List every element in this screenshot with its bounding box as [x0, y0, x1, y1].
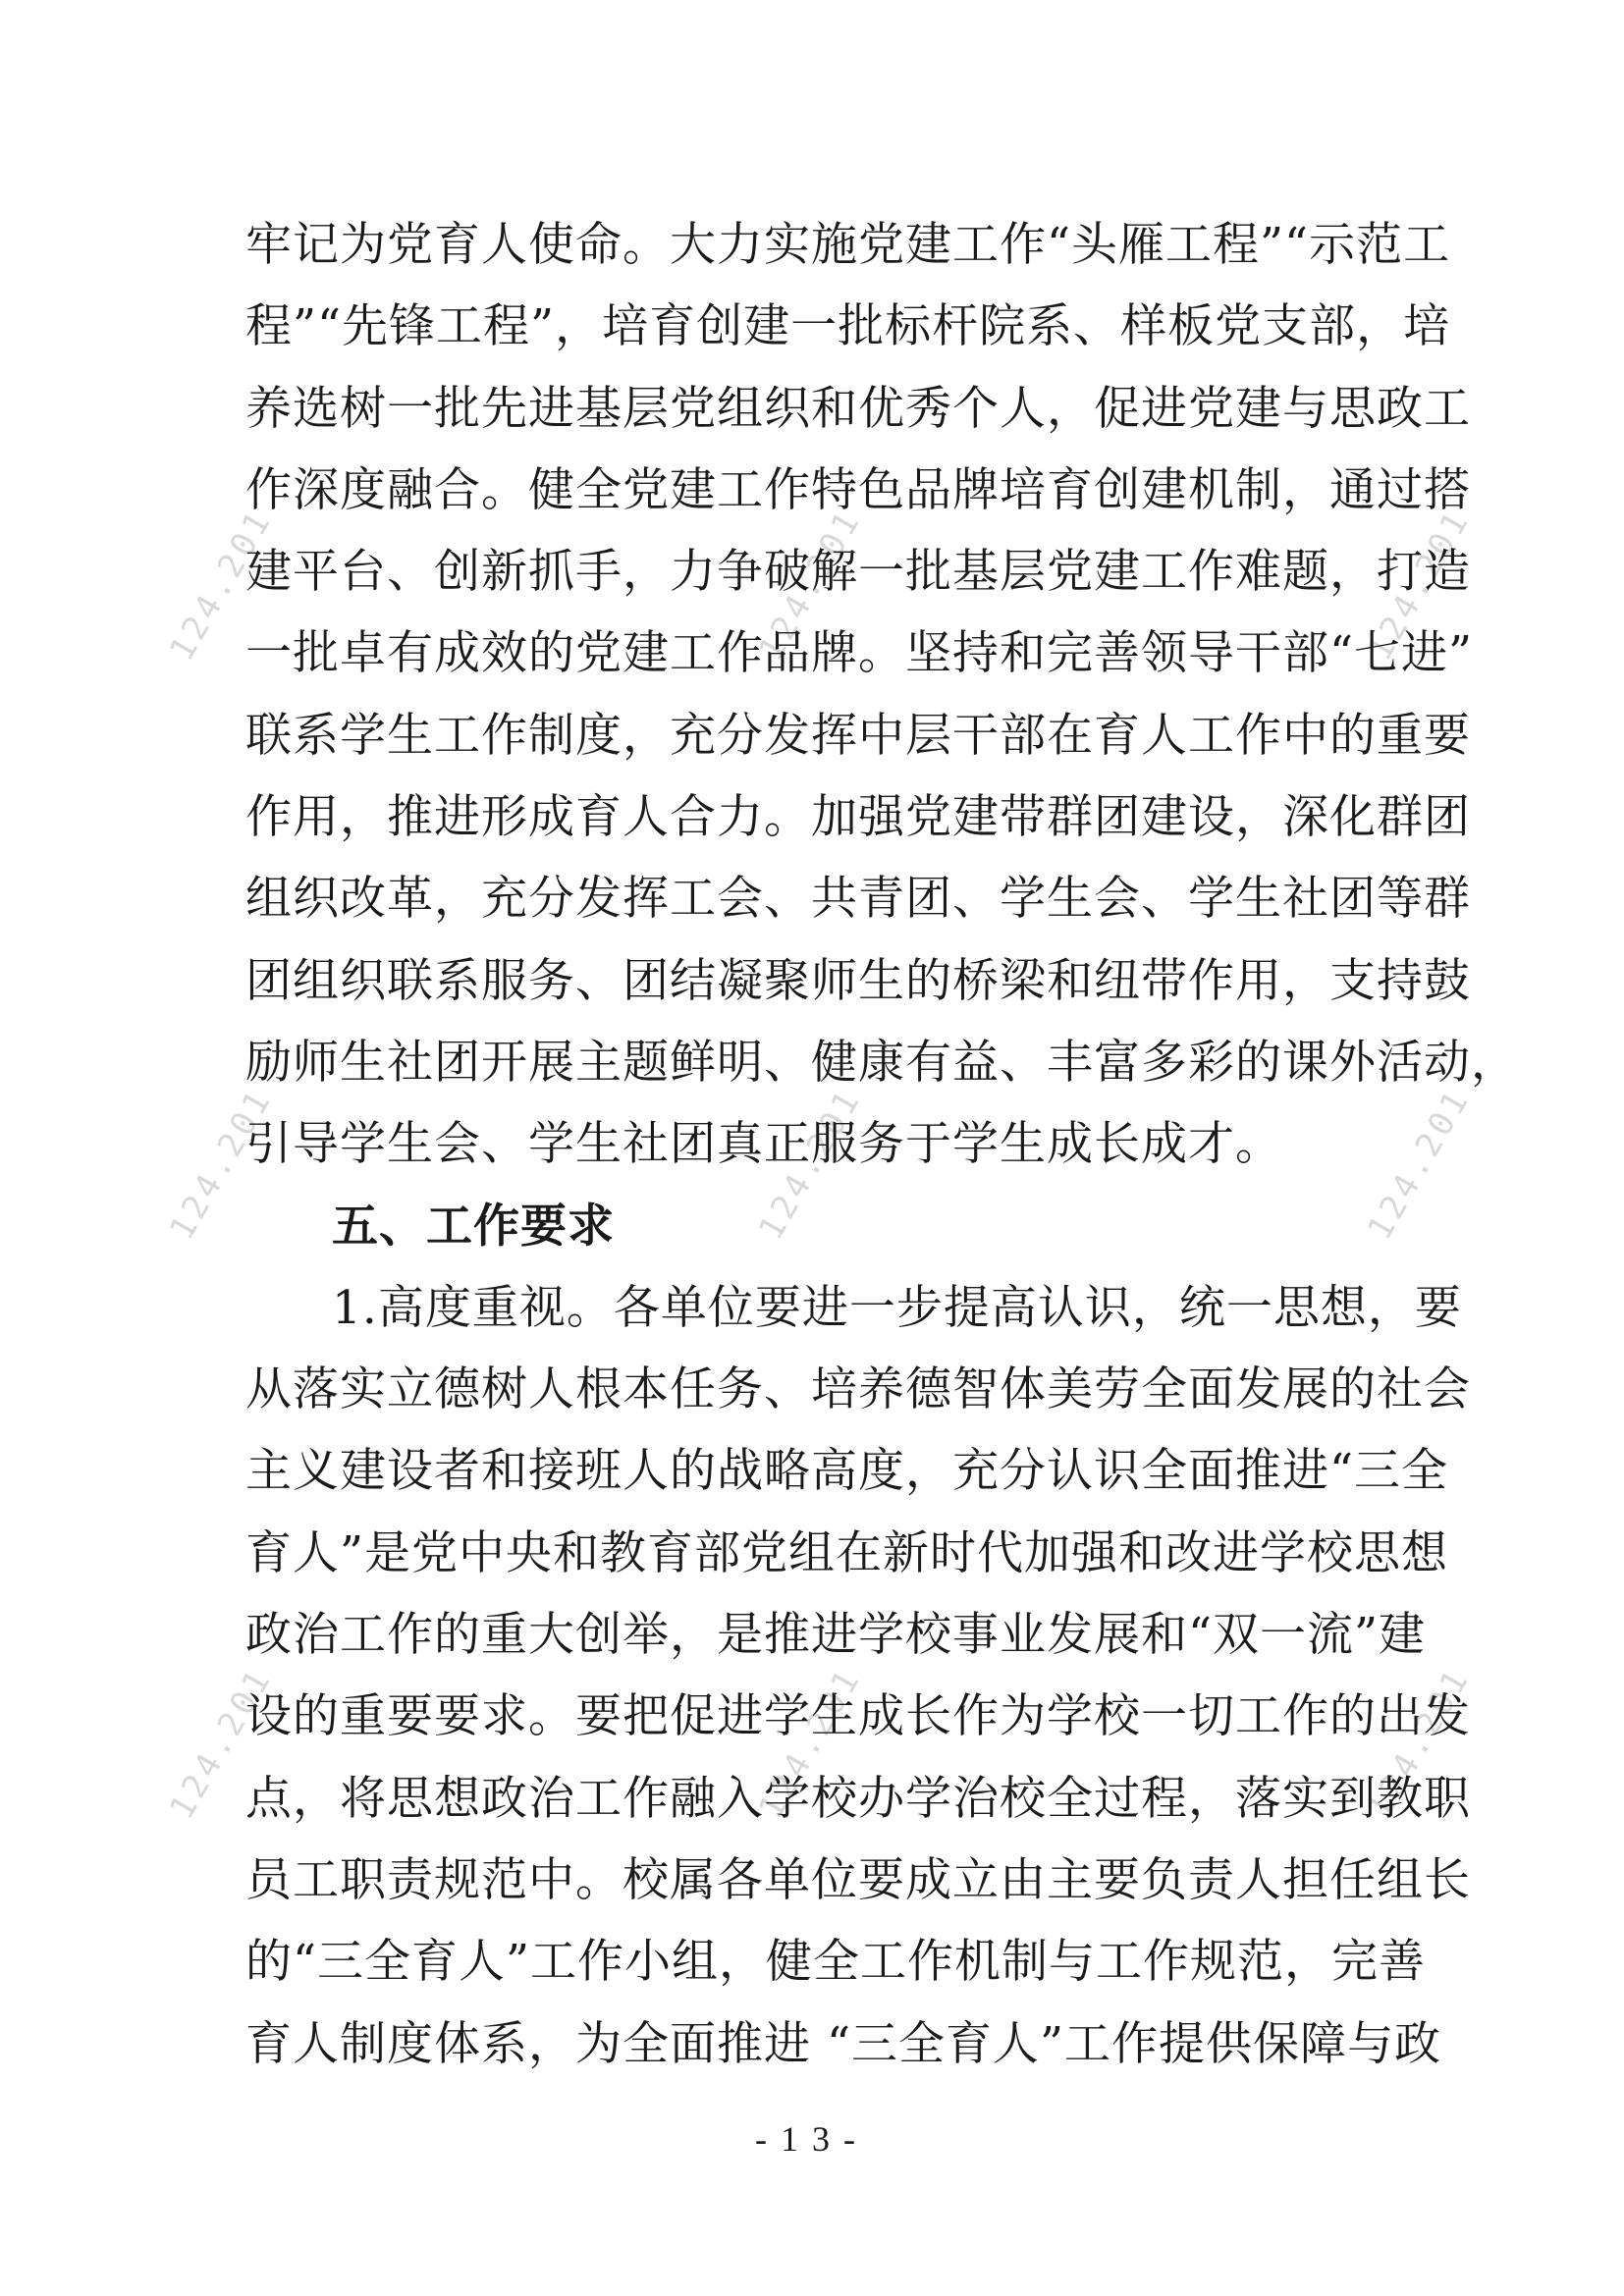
paragraph-line: 主义建设者和接班人的战略高度，充分认识全面推进“三全 [245, 1430, 1386, 1512]
paragraph-line: 程”“先锋工程”，培育创建一批标杆院系、样板党支部，培 [245, 286, 1386, 367]
paragraph-line: 1.高度重视。各单位要进一步提高认识，统一思想，要 [245, 1267, 1386, 1349]
paragraph-line: 建平台、创新抓手，力争破解一批基层党建工作难题，打造 [245, 531, 1386, 613]
paragraph-line: 点，将思想政治工作融入学校办学治校全过程，落实到教职 [245, 1758, 1386, 1840]
section-heading: 五、工作要求 [245, 1186, 1386, 1267]
paragraph-line: 励师生社团开展主题鲜明、健康有益、丰富多彩的课外活动， [245, 1022, 1386, 1103]
paragraph-line: 育人制度体系，为全面推进 “三全育人”工作提供保障与政 [245, 2003, 1386, 2085]
paragraph-line: 设的重要要求。要把促进学生成长作为学校一切工作的出发 [245, 1676, 1386, 1757]
paragraph-line: 引导学生会、学生社团真正服务于学生成长成才。 [245, 1103, 1386, 1185]
paragraph-line: 组织改革，充分发挥工会、共青团、学生会、学生社团等群 [245, 858, 1386, 939]
paragraph-line: 联系学生工作制度，充分发挥中层干部在育人工作中的重要 [245, 695, 1386, 776]
paragraph-line: 政治工作的重大创举，是推进学校事业发展和“双一流”建 [245, 1594, 1386, 1676]
paragraph-line: 员工职责规范中。校属各单位要成立由主要负责人担任组长 [245, 1840, 1386, 1921]
paragraph-line: 的“三全育人”工作小组，健全工作机制与工作规范，完善 [245, 1921, 1386, 2002]
paragraph-line: 牢记为党育人使命。大力实施党建工作“头雁工程”“示范工 [245, 204, 1386, 286]
body-text: 牢记为党育人使命。大力实施党建工作“头雁工程”“示范工 程”“先锋工程”，培育创… [245, 204, 1386, 2085]
paragraph-line: 从落实立德树人根本任务、培养德智体美劳全面发展的社会 [245, 1349, 1386, 1430]
paragraph-line: 团组织联系服务、团结凝聚师生的桥梁和纽带作用，支持鼓 [245, 940, 1386, 1022]
paragraph-line: 一批卓有成效的党建工作品牌。坚持和完善领导干部“七进” [245, 613, 1386, 694]
paragraph-line: 育人”是党中央和教育部党组在新时代加强和改进学校思想 [245, 1513, 1386, 1594]
paragraph-line: 作用，推进形成育人合力。加强党建带群团建设，深化群团 [245, 776, 1386, 858]
paragraph-line: 养选树一批先进基层党组织和优秀个人，促进党建与思政工 [245, 368, 1386, 450]
page-number: -13- [0, 2118, 1624, 2160]
paragraph-line: 作深度融合。健全党建工作特色品牌培育创建机制，通过搭 [245, 450, 1386, 531]
document-page: 124.201 124.201 124.201 124.201 124.201 … [0, 0, 1624, 2296]
